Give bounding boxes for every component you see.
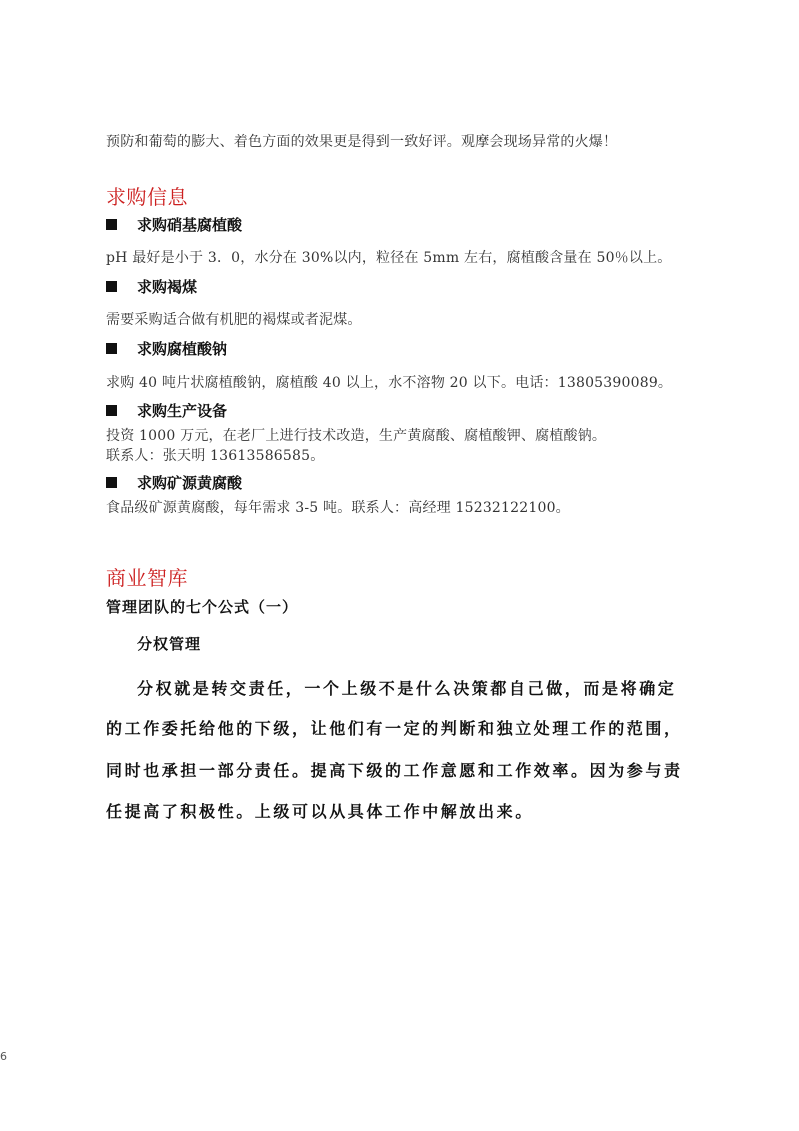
square-bullet-icon xyxy=(106,281,117,292)
square-bullet-icon xyxy=(106,343,117,354)
purchase-item-contact: 联系人：张天明 13613586585。 xyxy=(106,445,324,465)
purchase-item-text: 需要采购适合做有机肥的褐煤或者泥煤。 xyxy=(106,309,362,329)
article-paragraph-line: 任提高了积极性。上级可以从具体工作中解放出来。 xyxy=(106,799,534,822)
article-paragraph-line: 的工作委托给他的下级，让他们有一定的判断和独立处理工作的范围， xyxy=(106,716,683,739)
purchase-item-text: pH 最好是小于 3．0，水分在 30%以内，粒径在 5mm 左右，腐植酸含量在… xyxy=(106,247,671,267)
purchase-item-heading: 求购腐植酸钠 xyxy=(106,338,227,359)
purchase-item-heading: 求购生产设备 xyxy=(106,400,227,421)
article-paragraph-line: 分权就是转交责任，一个上级不是什么决策都自己做，而是将确定 xyxy=(137,676,676,699)
purchase-item-text: 食品级矿源黄腐酸，每年需求 3-5 吨。联系人：高经理 15232122100。 xyxy=(106,497,570,517)
purchase-item-text: 投资 1000 万元，在老厂上进行技术改造，生产黄腐酸、腐植酸钾、腐植酸钠。 xyxy=(106,425,606,445)
section-title-think-tank: 商业智库 xyxy=(106,562,188,591)
intro-text: 预防和葡萄的膨大、着色方面的效果更是得到一致好评。观摩会现场异常的火爆！ xyxy=(106,131,617,151)
page-number: 6 xyxy=(0,1050,7,1063)
section-title-purchase: 求购信息 xyxy=(106,181,188,210)
purchase-item-text: 求购 40 吨片状腐植酸钠，腐植酸 40 以上，水不溶物 20 以下。电话：13… xyxy=(106,372,672,392)
square-bullet-icon xyxy=(106,405,117,416)
purchase-item-heading: 求购硝基腐植酸 xyxy=(106,214,242,235)
square-bullet-icon xyxy=(106,219,117,230)
article-paragraph-line: 同时也承担一部分责任。提高下级的工作意愿和工作效率。因为参与责 xyxy=(106,758,683,781)
article-title: 管理团队的七个公式（一） xyxy=(106,596,298,617)
square-bullet-icon xyxy=(106,477,117,488)
article-subheading: 分权管理 xyxy=(137,633,201,654)
purchase-item-heading: 求购褐煤 xyxy=(106,276,197,297)
purchase-item-heading: 求购矿源黄腐酸 xyxy=(106,472,242,493)
